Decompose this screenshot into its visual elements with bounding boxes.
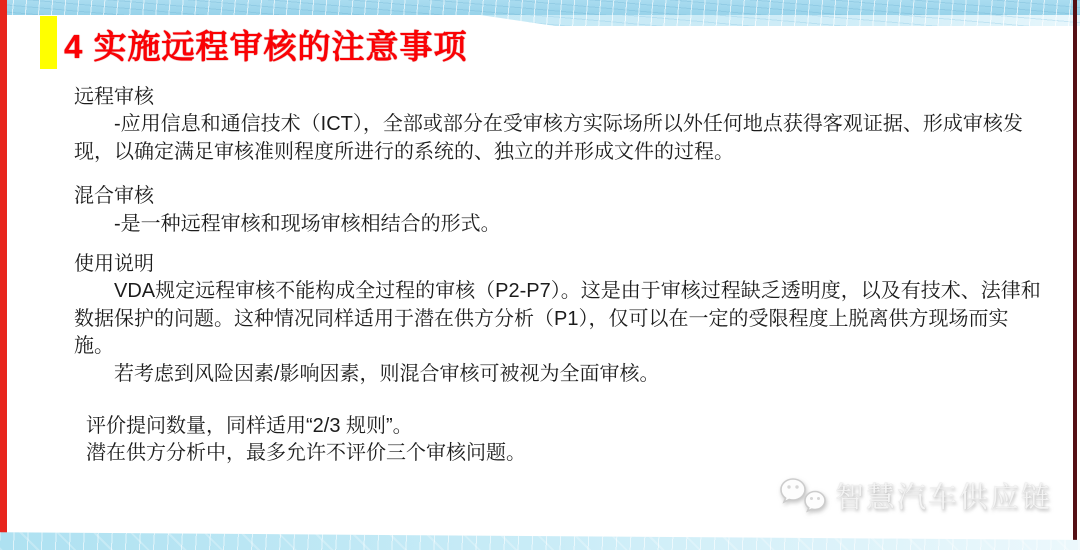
section-paragraph: 若考虑到风险因素/影响因素，则混合审核可被视为全面审核。 <box>74 361 1046 388</box>
note-line: 潜在供方分析中，最多允许不评价三个审核问题。 <box>86 440 1046 467</box>
bottom-band <box>0 526 1080 550</box>
presentation-slide: 4 实施远程审核的注意事项 远程审核 -应用信息和通信技术（ICT），全部或部分… <box>0 0 1080 550</box>
top-band-dark <box>0 0 1080 15</box>
watermark: 智慧汽车供应链 <box>779 475 1052 516</box>
section-paragraph: VDA规定远程审核不能构成全过程的审核（P2-P7）。这是由于审核过程缺乏透明度… <box>74 278 1046 360</box>
section-paragraph: -是一种远程审核和现场审核相结合的形式。 <box>74 211 1046 238</box>
section-hybrid-audit: 混合审核 -是一种远程审核和现场审核相结合的形式。 <box>74 183 1046 238</box>
section-heading: 远程审核 <box>74 84 1046 111</box>
watermark-text: 智慧汽车供应链 <box>835 475 1052 516</box>
right-dark-border <box>1073 0 1077 550</box>
section-heading: 混合审核 <box>74 183 1046 210</box>
section-paragraph: -应用信息和通信技术（ICT），全部或部分在受审核方实际场所以外任何地点获得客观… <box>74 111 1046 166</box>
section-remote-audit: 远程审核 -应用信息和通信技术（ICT），全部或部分在受审核方实际场所以外任何地… <box>74 84 1046 166</box>
wechat-icon <box>779 476 827 516</box>
section-heading: 使用说明 <box>74 251 1046 278</box>
evaluation-notes: 评价提问数量，同样适用“2/3 规则”。 潜在供方分析中，最多允许不评价三个审核… <box>86 413 1046 468</box>
title-accent-bar <box>40 16 57 69</box>
section-usage-notes: 使用说明 VDA规定远程审核不能构成全过程的审核（P2-P7）。这是由于审核过程… <box>74 251 1046 388</box>
page-title: 4 实施远程审核的注意事项 <box>64 21 468 68</box>
slide-body: 远程审核 -应用信息和通信技术（ICT），全部或部分在受审核方实际场所以外任何地… <box>74 84 1046 468</box>
left-red-border <box>0 0 7 550</box>
note-line: 评价提问数量，同样适用“2/3 规则”。 <box>86 413 1046 440</box>
